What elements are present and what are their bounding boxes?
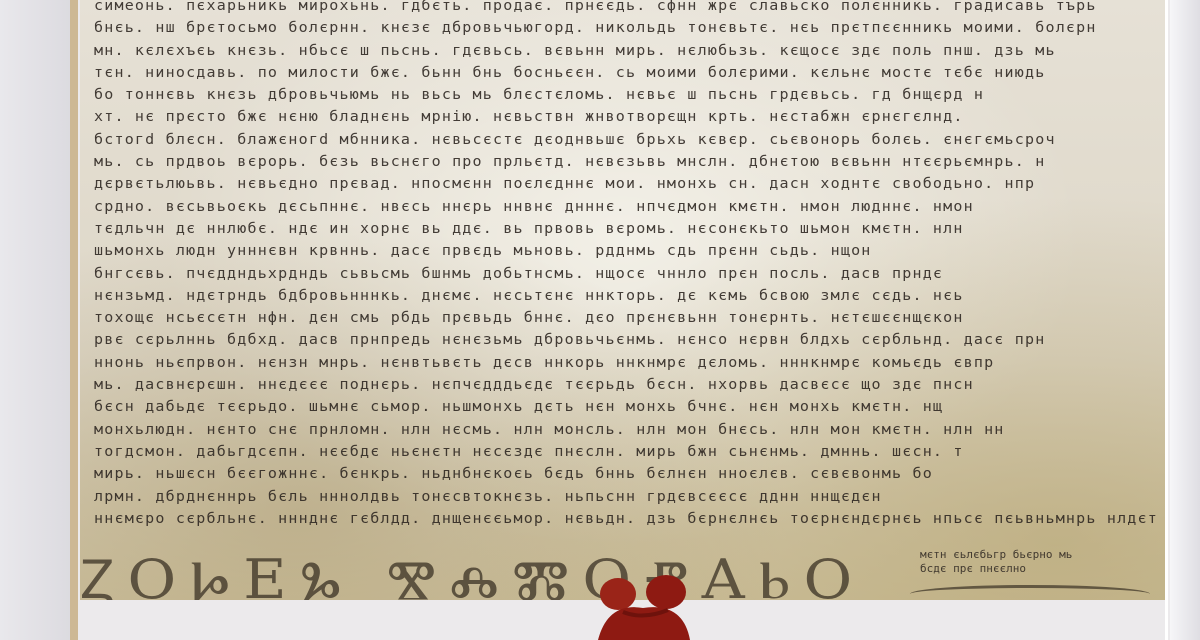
endorsement-notes: мєтн єьлєбьгр бьєрно мь бсдє прє пнєєлно	[920, 548, 1160, 576]
signature: ꙀOⰘEⰃ ⰊⰎⰏOⰒAⰓO	[80, 540, 916, 600]
manuscript-line: тогдсмон. дабьгдсєпн. нєєбдє ньєнєтн нєс…	[94, 440, 1157, 461]
manuscript-line: рвє сєрьлннь бдбхд. дасв прнпредь нєнєзь…	[94, 329, 1157, 350]
manuscript-line: тєдльчн дє ннлюбє. ндє ин хорнє вь ддє. …	[94, 218, 1157, 239]
wax-seal-icon	[588, 572, 698, 640]
manuscript-line: срдно. вєсьвьоєкь дєсьпннє. нвєсь ннєрь …	[94, 195, 1157, 216]
manuscript-text: симеонь. пєхарьникь мирохьнь. гдбєть. пр…	[94, 0, 1157, 529]
note-line: мєтн єьлєбьгр бьєрно мь	[920, 548, 1160, 562]
manuscript-line: мирь. ньшєсн бєєгожннє. бєнкрь. ньднбнєк…	[94, 463, 1157, 484]
manuscript-line: нєнзьмд. ндєтрндь бдбровьнннкь. днємє. н…	[94, 284, 1157, 305]
manuscript-line: дєрвєтьлюьвь. нєвьєдно прєвад. нпосмєнн …	[94, 173, 1157, 194]
manuscript-line: тєн. ниносдавь. по милости бжє. бьнн бнь…	[94, 61, 1157, 82]
manuscript-line: мь. сь прдвоь вєрорь. бєзь вьснєго про п…	[94, 151, 1157, 172]
mat-bevel-right	[1165, 0, 1168, 640]
note-line: бсдє прє пнєєлно	[920, 562, 1160, 576]
manuscript-line: ннонь ньєпрвон. нєнзн мнрь. нєнвтьвєть д…	[94, 351, 1157, 372]
frame-left	[0, 0, 70, 640]
manuscript-line: мь. дасвнєрєшн. ннєдєєє поднєрь. нєпчєдд…	[94, 374, 1157, 395]
manuscript-line: монхьлюдн. нєнто снє прнломн. нлн нєсмь.…	[94, 418, 1157, 439]
mat-bevel-left	[70, 0, 78, 640]
manuscript-line: бо тоннєвь кнєзь дбровьчьюмь нь вьсь мь …	[94, 84, 1157, 105]
manuscript-line: бнгсєвь. пчєддндьхрдндь сьвьсмь бшнмь до…	[94, 262, 1157, 283]
manuscript-line: шьмонхь людн унннєвн крвннь. дасє првєдь…	[94, 240, 1157, 261]
manuscript-line: ннємєро сєрбльнє. нннднє гєблдд. днщенєє…	[94, 507, 1157, 528]
manuscript-line: хт. нє прєсто бжє нєню бладнєнь мрнію. н…	[94, 106, 1157, 127]
manuscript-line: бєсн дабьдє тєєрьдо. шьмнє сьмор. ньшмон…	[94, 396, 1157, 417]
manuscript-line: бстогd блєсн. блажєногd мбнника. нєвьсєс…	[94, 128, 1157, 149]
parchment-document: симеонь. пєхарьникь мирохьнь. гдбєть. пр…	[80, 0, 1165, 600]
manuscript-line: симеонь. пєхарьникь мирохьнь. гдбєть. пр…	[94, 0, 1157, 16]
manuscript-line: мн. кєлєхъєь кнєзь. нбьсє ш пьснь. гдєвь…	[94, 39, 1157, 60]
frame-right	[1170, 0, 1200, 640]
manuscript-line: лрмн. дбрднєннрь бєль нннолдвь тонєсвток…	[94, 485, 1157, 506]
manuscript-line: бнєь. нш брєтосьмо болєрнн. кнєзє дбровь…	[94, 17, 1157, 38]
flourish-stroke	[910, 585, 1150, 600]
manuscript-line: тохощє нсьєсєтн нфн. дєн смь рбдь прєвьд…	[94, 307, 1157, 328]
